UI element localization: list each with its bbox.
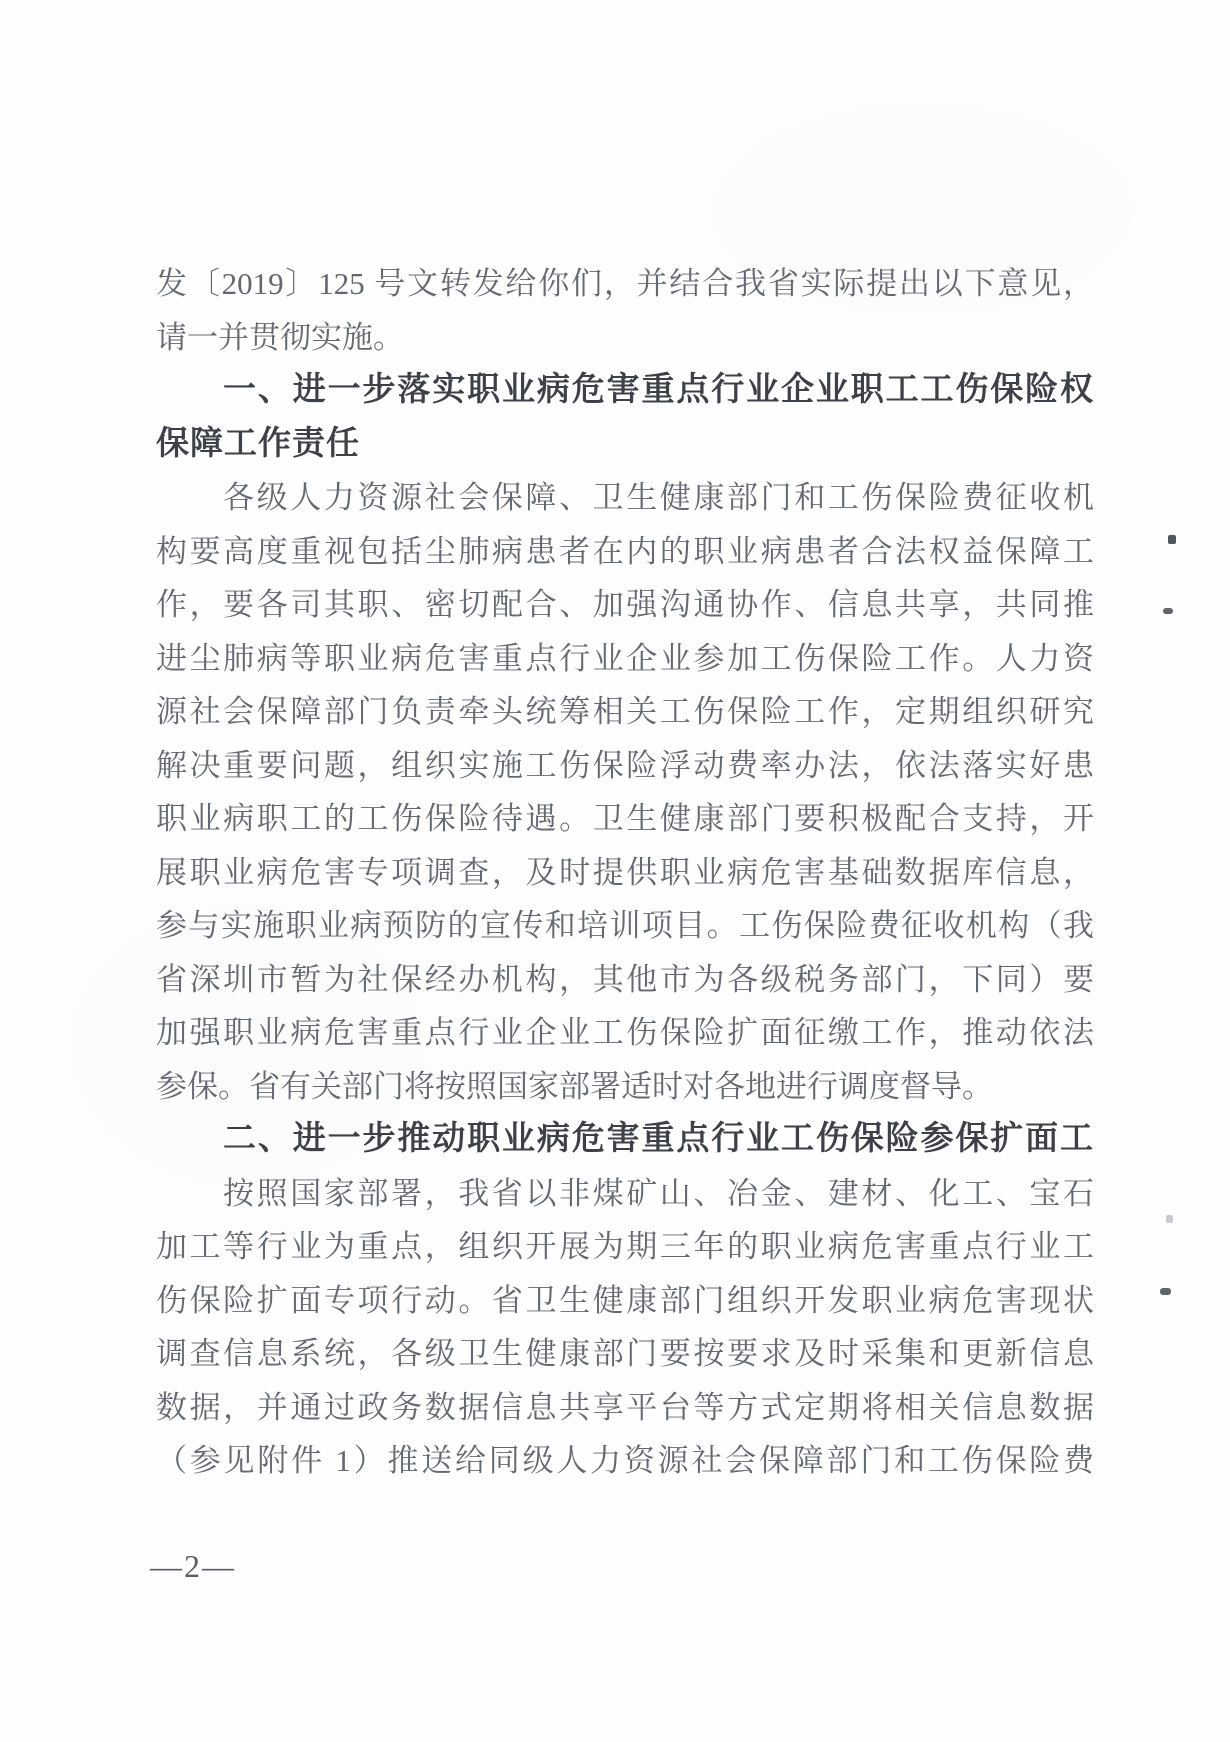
- text-line: 参与实施职业病预防的宣传和培训项目。工伤保险费征收机构（我: [156, 899, 1094, 953]
- text-line: 按照国家部署，我省以非煤矿山、冶金、建材、化工、宝石: [156, 1167, 1094, 1221]
- heading-line: 一、进一步落实职业病危害重点行业企业职工工伤保险权益: [156, 364, 1094, 418]
- text-line: 展职业病危害专项调查，及时提供职业病危害基础数据库信息，: [156, 846, 1094, 900]
- text-line: 各级人力资源社会保障、卫生健康部门和工伤保险费征收机: [156, 471, 1094, 525]
- scan-speck: [1168, 535, 1176, 544]
- document-page: 发〔2019〕125 号文转发给你们，并结合我省实际提出以下意见，请一并贯彻实施…: [0, 0, 1230, 1742]
- heading-line: 保障工作责任: [156, 418, 1094, 472]
- text-line: 请一并贯彻实施。: [156, 311, 1094, 365]
- text-line: 伤保险扩面专项行动。省卫生健康部门组织开发职业病危害现状: [156, 1274, 1094, 1328]
- text-line: 加工等行业为重点，组织开展为期三年的职业病危害重点行业工: [156, 1220, 1094, 1274]
- text-line: 参保。省有关部门将按照国家部署适时对各地进行调度督导。: [156, 1060, 1094, 1114]
- text-line: 发〔2019〕125 号文转发给你们，并结合我省实际提出以下意见，: [156, 257, 1094, 311]
- text-line: 源社会保障部门负责牵头统筹相关工伤保险工作，定期组织研究: [156, 685, 1094, 739]
- heading-line: 二、进一步推动职业病危害重点行业工伤保险参保扩面工作: [156, 1113, 1094, 1167]
- text-line: 作，要各司其职、密切配合、加强沟通协作、信息共享，共同推: [156, 578, 1094, 632]
- text-line: 数据，并通过政务数据信息共享平台等方式定期将相关信息数据: [156, 1381, 1094, 1435]
- text-line: 加强职业病危害重点行业企业工伤保险扩面征缴工作，推动依法: [156, 1006, 1094, 1060]
- scan-speck: [1163, 608, 1173, 614]
- text-line: 调查信息系统，各级卫生健康部门要按要求及时采集和更新信息: [156, 1327, 1094, 1381]
- document-body: 发〔2019〕125 号文转发给你们，并结合我省实际提出以下意见，请一并贯彻实施…: [156, 257, 1094, 1488]
- text-line: 职业病职工的工伤保险待遇。卫生健康部门要积极配合支持，开: [156, 792, 1094, 846]
- text-line: 构要高度重视包括尘肺病患者在内的职业病患者合法权益保障工: [156, 525, 1094, 579]
- text-line: （参见附件 1）推送给同级人力资源社会保障部门和工伤保险费: [156, 1434, 1094, 1488]
- text-line: 省深圳市暂为社保经办机构，其他市为各级税务部门，下同）要: [156, 953, 1094, 1007]
- text-line: 进尘肺病等职业病危害重点行业企业参加工伤保险工作。人力资: [156, 632, 1094, 686]
- page-number: —2—: [150, 1548, 236, 1584]
- scan-speck: [1160, 1288, 1171, 1295]
- scan-speck: [1166, 1215, 1173, 1223]
- text-line: 解决重要问题，组织实施工伤保险浮动费率办法，依法落实好患: [156, 739, 1094, 793]
